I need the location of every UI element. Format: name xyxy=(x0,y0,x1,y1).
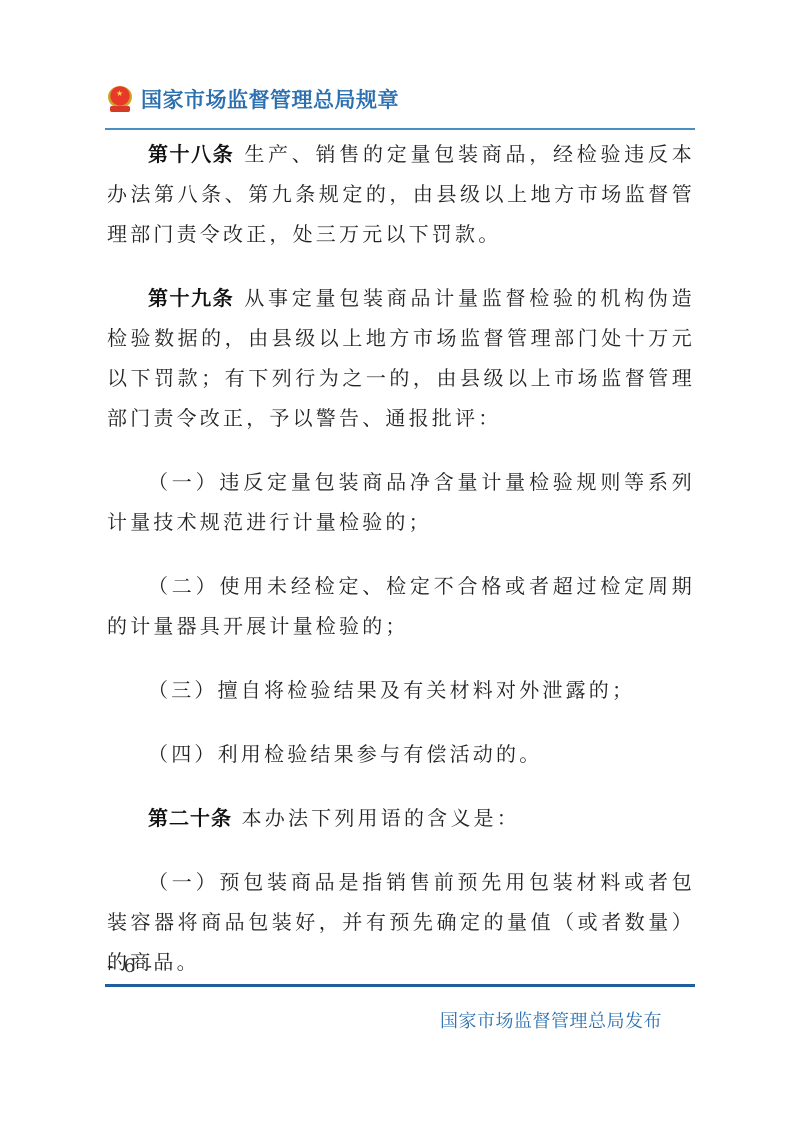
article-19-item-2: （二）使用未经检定、检定不合格或者超过检定周期的计量器具开展计量检验的； xyxy=(107,566,695,646)
article-label: 第二十条 xyxy=(148,806,232,830)
header-divider xyxy=(105,128,695,130)
article-20: 第二十条 本办法下列用语的含义是： xyxy=(107,798,695,838)
article-label: 第十八条 xyxy=(148,142,234,166)
header-title: 国家市场监督管理总局规章 xyxy=(141,84,399,114)
document-body: 第十八条 生产、销售的定量包装商品，经检验违反本办法第八条、第九条规定的，由县级… xyxy=(107,134,695,982)
article-text: 本办法下列用语的含义是： xyxy=(242,806,520,830)
document-header: ★ 国家市场监督管理总局规章 xyxy=(105,84,399,114)
publisher-label: 国家市场监督管理总局发布 xyxy=(440,1007,662,1033)
article-19-item-1: （一）违反定量包装商品净含量计量检验规则等系列计量技术规范进行计量检验的； xyxy=(107,462,695,542)
page-number: - 6 - xyxy=(107,955,154,977)
article-label: 第十九条 xyxy=(148,286,234,310)
article-19-item-3: （三）擅自将检验结果及有关材料对外泄露的； xyxy=(107,670,695,710)
article-20-item-1: （一）预包装商品是指销售前预先用包装材料或者包装容器将商品包装好，并有预先确定的… xyxy=(107,862,695,982)
article-19: 第十九条 从事定量包装商品计量监督检验的机构伪造检验数据的，由县级以上地方市场监… xyxy=(107,278,695,438)
article-18: 第十八条 生产、销售的定量包装商品，经检验违反本办法第八条、第九条规定的，由县级… xyxy=(107,134,695,254)
footer-divider xyxy=(105,984,695,987)
national-emblem-icon: ★ xyxy=(105,84,135,114)
article-19-item-4: （四）利用检验结果参与有偿活动的。 xyxy=(107,734,695,774)
